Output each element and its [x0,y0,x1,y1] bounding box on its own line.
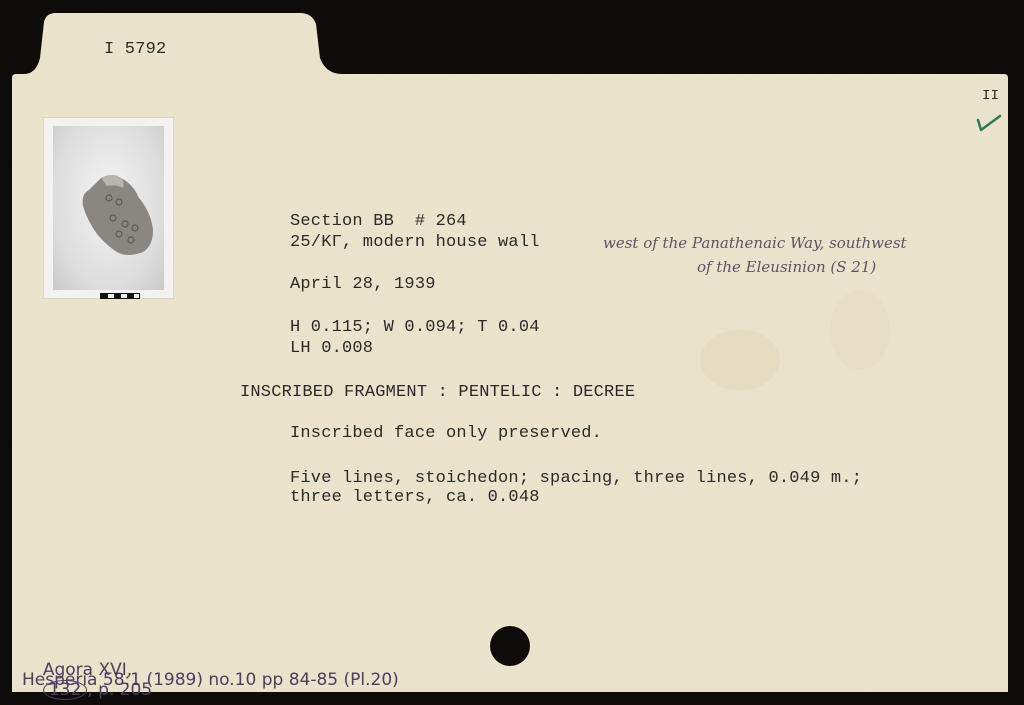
date-line: April 28, 1939 [290,275,436,295]
findspot-note-line1: west of the Panathenaic Way, southwest [603,234,907,252]
scale-bar [100,293,140,299]
stone-fragment-image [81,172,155,258]
fragment-photo [44,118,173,298]
corner-mark: II [982,86,999,106]
index-card [0,0,1024,705]
section-line: Section BB # 264 [290,212,467,232]
reference-hesperia: Hesperia 58:1 (1989) no.10 pp 84-85 (Pl.… [22,670,399,690]
findspot-note-line2: of the Eleusinion (S 21) [697,258,876,276]
description-line2: three letters, ca. 0.048 [290,488,540,508]
catalog-number: I 5792 [104,40,166,60]
preservation-line: Inscribed face only preserved. [290,424,602,444]
dimensions-line1: H 0.115; W 0.094; T 0.04 [290,318,540,338]
dimensions-line2: LH 0.008 [290,339,373,359]
punch-hole [490,626,530,666]
classification-line: INSCRIBED FRAGMENT : PENTELIC : DECREE [240,383,635,403]
description-line1: Five lines, stoichedon; spacing, three l… [290,469,862,489]
findspot-line: 25/ΚΓ, modern house wall [290,233,540,253]
check-mark-icon [975,110,1003,137]
